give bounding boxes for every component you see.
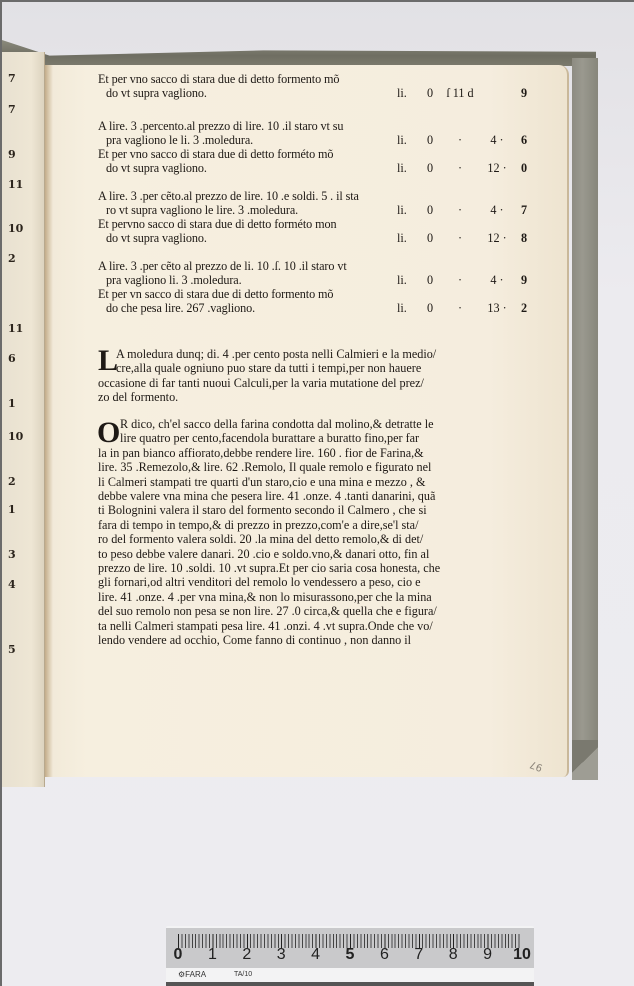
amount-a: 0 [419, 86, 441, 101]
text-line: cre,alla quale ogniuno puo stare da tutt… [98, 361, 502, 375]
amount-c: 4 · [479, 203, 515, 218]
book-cover-corner-fold [572, 740, 598, 780]
ruler-number: 0 [174, 946, 183, 964]
amount-c: 12 · [479, 161, 515, 176]
entry-amount: li.0·12 ·0 [397, 161, 533, 176]
amount-d: 8 [515, 231, 533, 246]
amount-c: 4 · [479, 133, 515, 148]
verso-margin-number: 10 [8, 430, 23, 443]
text-line: ta nelli Calmeri stampati pesa lire. 41 … [98, 619, 502, 633]
text-line: la in pan bianco affiorato,debbe rendere… [98, 446, 502, 460]
amount-d: 9 [515, 86, 533, 101]
ruler-number: 8 [449, 946, 458, 964]
verso-margin-number: 6 [8, 352, 16, 365]
amount-b: ſ 11 d [441, 86, 479, 101]
amount-b: · [441, 203, 479, 218]
amount-li: li. [397, 86, 419, 101]
text-line: debbe valere vna mina che pesera lire. 4… [98, 489, 502, 503]
entry-text-line: do che pesa lire. 267 .vagliono. [98, 301, 255, 315]
text-line: lire. 35 .Remezolo,& lire. 62 .Remolo, I… [98, 460, 502, 474]
ruler-number: 3 [277, 946, 286, 964]
ruler-number: 7 [414, 946, 423, 964]
ruler-number: 2 [242, 946, 251, 964]
text-line: lire. 41 .onze. 4 .per vna mina,& non lo… [98, 590, 502, 604]
text-line: lire quatro per cento,facendola burattar… [98, 431, 502, 445]
entry-text-line: ro vt supra vagliono le lire. 3 .moledur… [98, 203, 298, 217]
amount-a: 0 [419, 161, 441, 176]
entry-text-line: pra vagliono le li. 3 .moledura. [98, 133, 253, 147]
verso-margin-number: 10 [8, 222, 23, 235]
book-cover-right-edge [572, 58, 598, 778]
entry-amount: li.0·13 ·2 [397, 301, 533, 316]
verso-margin-number: 9 [8, 148, 16, 161]
entry-text-line: A lire. 3 .per cẽto.al prezzo de lire. 1… [98, 189, 359, 203]
amount-b: · [441, 231, 479, 246]
ruler-bottom-edge [166, 982, 534, 986]
amount-li: li. [397, 203, 419, 218]
frame-border-top [0, 0, 634, 2]
amount-c: 4 · [479, 273, 515, 288]
entry-text-line: A lire. 3 .percento.al prezzo di lire. 1… [98, 119, 343, 133]
entry-text-line: Et per vno sacco di stara due di detto f… [98, 72, 339, 86]
entry-text-line: Et per vno sacco di stara due di detto f… [98, 147, 333, 161]
verso-margin-number: 2 [8, 475, 16, 488]
ruler-number: 9 [483, 946, 492, 964]
amount-b: · [441, 301, 479, 316]
paragraph-farina: R dico, ch'el sacco della farina condott… [98, 417, 502, 648]
verso-margin-number: 7 [8, 72, 16, 85]
verso-margin-number: 1 [8, 503, 16, 516]
entry-text-line: A lire. 3 .per cẽto al prezzo de li. 10 … [98, 259, 347, 273]
ruler-brand-logo: ⚙FARA [178, 970, 206, 979]
amount-li: li. [397, 231, 419, 246]
amount-b: · [441, 273, 479, 288]
entry-amount: li.0·12 ·8 [397, 231, 533, 246]
gutter-shadow [45, 65, 53, 777]
verso-margin-number: 3 [8, 548, 16, 561]
ruler-number: 5 [346, 946, 355, 964]
amount-c: 13 · [479, 301, 515, 316]
verso-margin-number: 7 [8, 103, 16, 116]
amount-d: 7 [515, 203, 533, 218]
entry-text-line: pra vagliono li. 3 .moledura. [98, 273, 242, 287]
entry-text-line: do vt supra vagliono. [98, 231, 207, 245]
entry-amount: li.0·4 ·6 [397, 133, 533, 148]
amount-a: 0 [419, 301, 441, 316]
text-line: zo del formento. [98, 390, 502, 404]
verso-margin-number: 11 [8, 178, 23, 191]
entry-text-line: Et pervno sacco di stara due di detto fo… [98, 217, 336, 231]
text-line: occasione di far tanti nuoui Calculi,per… [98, 376, 502, 390]
entry-amount: li.0·4 ·7 [397, 203, 533, 218]
text-line: to peso debbe valere danari. 20 .cio e s… [98, 547, 502, 561]
entry-text-line: do vt supra vagliono. [98, 86, 207, 100]
text-line: lendo vendere ad occhio, Come fanno di c… [98, 633, 502, 647]
verso-margin-number: 2 [8, 252, 16, 265]
amount-b: · [441, 133, 479, 148]
amount-d: 6 [515, 133, 533, 148]
amount-a: 0 [419, 133, 441, 148]
amount-a: 0 [419, 203, 441, 218]
text-line: ro del formento valera soldi. 20 .la min… [98, 532, 502, 546]
amount-d: 2 [515, 301, 533, 316]
text-line: fara di tempo in tempo,& di prezzo in pr… [98, 518, 502, 532]
ruler-number: 10 [513, 946, 531, 964]
ruler-number: 1 [208, 946, 217, 964]
amount-c: 12 · [479, 231, 515, 246]
verso-page-edge: 7791110211611021345 [2, 52, 45, 787]
verso-margin-number: 11 [8, 322, 23, 335]
text-line: prezzo de lire. 10 .soldi. 10 .vt supra.… [98, 561, 502, 575]
text-line: gli fornari,od altri venditori del remol… [98, 575, 502, 589]
entry-amount: li.0ſ 11 d9 [397, 86, 533, 101]
ruler-model-label: TA/10 [234, 971, 252, 978]
amount-b: · [441, 161, 479, 176]
text-line: del suo remolo non pesa se non lire. 27 … [98, 604, 502, 618]
entry-text-line: Et per vn sacco di stara due di detto fo… [98, 287, 333, 301]
text-line: ti Bolognini valera il staro del forment… [98, 503, 502, 517]
ruler-number: 6 [380, 946, 389, 964]
text-line: A moledura dunq; di. 4 .per cento posta … [98, 347, 502, 361]
amount-a: 0 [419, 273, 441, 288]
paragraph-moledura: A moledura dunq; di. 4 .per cento posta … [98, 347, 502, 405]
amount-li: li. [397, 301, 419, 316]
amount-a: 0 [419, 231, 441, 246]
text-line: li Calmeri stampati tre quarti d'un star… [98, 475, 502, 489]
amount-li: li. [397, 161, 419, 176]
ruler-number: 4 [311, 946, 320, 964]
entry-text-line: do vt supra vagliono. [98, 161, 207, 175]
entry-amount: li.0·4 ·9 [397, 273, 533, 288]
verso-margin-number: 5 [8, 643, 16, 656]
scale-ruler: 012345678910 ⚙FARA TA/10 [166, 926, 534, 986]
text-line: R dico, ch'el sacco della farina condott… [98, 417, 502, 431]
amount-li: li. [397, 273, 419, 288]
verso-margin-number: 4 [8, 578, 16, 591]
amount-li: li. [397, 133, 419, 148]
verso-margin-number: 1 [8, 397, 16, 410]
amount-d: 0 [515, 161, 533, 176]
amount-d: 9 [515, 273, 533, 288]
